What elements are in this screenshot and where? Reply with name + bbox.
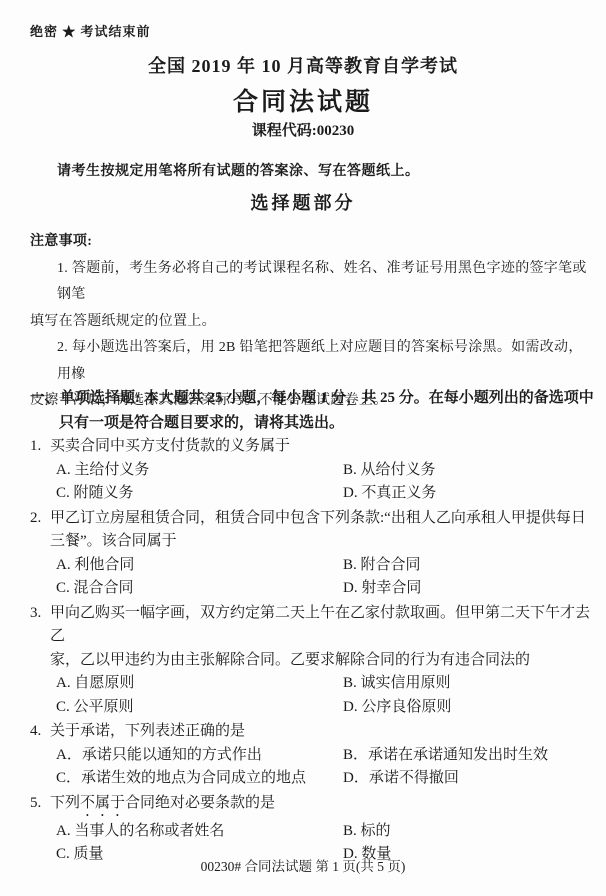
question-1-option-a: A. 主给付义务: [56, 459, 343, 483]
question-2-options-row-2: C. 混合合同 D. 射幸合同: [56, 577, 600, 601]
notes-title: 注意事项:: [30, 229, 592, 256]
question-1-options-row-1: A. 主给付义务 B. 从给付义务: [56, 459, 600, 483]
course-code: 课程代码:00230: [0, 119, 606, 140]
note-1-line-1: 1. 答题前，考生务必将自己的考试课程名称、姓名、准考证号用黑色字迹的签字笔或钢…: [57, 256, 592, 309]
question-1-option-c: C. 附随义务: [56, 482, 343, 506]
note-1-line-2: 填写在答题纸规定的位置上。: [30, 309, 592, 336]
question-3-stem: 3. 甲向乙购买一幅字画，双方约定第二天上午在乙家付款取画。但甲第二天下午才去乙: [30, 602, 600, 649]
question-4-option-d: D．承诺不得撤回: [343, 767, 600, 791]
part-one-heading-line-1: 一、单项选择题: 本大题共 25 小题，每小题 1 分，共 25 分。在每小题列…: [30, 386, 596, 411]
question-3-options-row-1: A. 自愿原则 B. 诚实信用原则: [56, 672, 600, 696]
question-1-options-row-2: C. 附随义务 D. 不真正义务: [56, 482, 600, 506]
question-4-option-c: C．承诺生效的地点为合同成立的地点: [56, 767, 343, 791]
question-4-options-row-2: C．承诺生效的地点为合同成立的地点 D．承诺不得撤回: [56, 767, 600, 791]
question-1-option-d: D. 不真正义务: [343, 482, 600, 506]
question-3-stem-continued: 家，乙以甲违约为由主张解除合同。乙要求解除合同的行为有违合同法的: [50, 649, 600, 673]
question-5-stem-pre: 下列: [50, 795, 80, 811]
question-3-number: 3.: [30, 602, 50, 649]
question-5-options-row-1: A. 当事人的名称或者姓名 B. 标的: [56, 820, 600, 844]
question-4-number: 4.: [30, 720, 50, 744]
question-2: 2. 甲乙订立房屋租赁合同，租赁合同中包含下列条款:“出租人乙向承租人甲提供每日…: [30, 507, 600, 601]
part-one-heading: 一、单项选择题: 本大题共 25 小题，每小题 1 分，共 25 分。在每小题列…: [30, 386, 596, 436]
note-2-line-1: 2. 每小题选出答案后，用 2B 铅笔把答题纸上对应题目的答案标号涂黑。如需改动…: [57, 335, 592, 388]
question-1-option-b: B. 从给付义务: [343, 459, 600, 483]
question-3-options-row-2: C. 公平原则 D. 公序良俗原则: [56, 696, 600, 720]
question-2-option-b: B. 附合合同: [343, 554, 600, 578]
section-title: 选择题部分: [0, 189, 606, 215]
question-2-option-c: C. 混合合同: [56, 577, 343, 601]
question-5-stem-post: 合同绝对必要条款的是: [125, 795, 275, 811]
question-4-options-row-1: A．承诺只能以通知的方式作出 B．承诺在承诺通知发出时生效: [56, 744, 600, 768]
questions-list: 1. 买卖合同中买方支付货款的义务属于 A. 主给付义务 B. 从给付义务 C.…: [30, 434, 600, 867]
question-3: 3. 甲向乙购买一幅字画，双方约定第二天上午在乙家付款取画。但甲第二天下午才去乙…: [30, 602, 600, 720]
part-one-heading-line-2: 只有一项是符合题目要求的，请将其选出。: [59, 411, 596, 436]
question-5-stem: 5. 下列不属于合同绝对必要条款的是: [30, 792, 600, 820]
question-2-option-a: A. 利他合同: [56, 554, 343, 578]
question-5-number: 5.: [30, 792, 50, 820]
question-2-option-d: D. 射幸合同: [343, 577, 600, 601]
exam-session-title: 全国 2019 年 10 月高等教育自学考试: [0, 52, 606, 78]
question-4-option-a: A．承诺只能以通知的方式作出: [56, 744, 343, 768]
question-2-stem: 2. 甲乙订立房屋租赁合同，租赁合同中包含下列条款:“出租人乙向承租人甲提供每日: [30, 507, 600, 531]
question-3-option-c: C. 公平原则: [56, 696, 343, 720]
question-2-options-row-1: A. 利他合同 B. 附合合同: [56, 554, 600, 578]
question-4-stem: 4. 关于承诺，下列表述正确的是: [30, 720, 600, 744]
answer-sheet-instruction: 请考生按规定用笔将所有试题的答案涂、写在答题纸上。: [57, 160, 420, 180]
question-1-stem: 1. 买卖合同中买方支付货款的义务属于: [30, 435, 600, 459]
question-2-stem-continued: 三餐”。该合同属于: [50, 530, 600, 554]
question-4: 4. 关于承诺，下列表述正确的是 A．承诺只能以通知的方式作出 B．承诺在承诺通…: [30, 720, 600, 791]
page-footer: 00230# 合同法试题 第 1 页(共 5 页): [0, 855, 606, 875]
paper-title: 合同法试题: [0, 82, 606, 118]
question-4-option-b: B．承诺在承诺通知发出时生效: [343, 744, 600, 768]
question-1: 1. 买卖合同中买方支付货款的义务属于 A. 主给付义务 B. 从给付义务 C.…: [30, 435, 600, 506]
question-5-option-a: A. 当事人的名称或者姓名: [56, 820, 343, 844]
question-1-number: 1.: [30, 435, 50, 459]
question-3-option-b: B. 诚实信用原则: [343, 672, 600, 696]
question-3-option-d: D. 公序良俗原则: [343, 696, 600, 720]
question-3-option-a: A. 自愿原则: [56, 672, 343, 696]
question-5-stem-emphasis: 不属于: [80, 795, 125, 811]
question-5-option-b: B. 标的: [343, 820, 600, 844]
exam-paper-page: 绝密 ★ 考试结束前 全国 2019 年 10 月高等教育自学考试 合同法试题 …: [0, 0, 606, 896]
security-classification: 绝密 ★ 考试结束前: [30, 21, 151, 40]
question-2-number: 2.: [30, 507, 50, 531]
